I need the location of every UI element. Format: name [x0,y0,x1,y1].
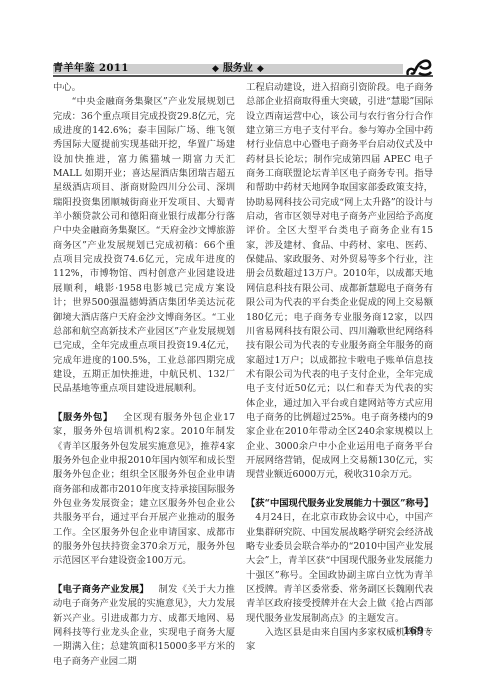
right-column: 工程启动建设，进入招商引资阶段。电子商务总部企业招商取得重大突破，引进“慧聪”国… [246,81,433,655]
diamond-icon: ◆ [212,64,219,74]
section-heading: 【电子商务产业发展】 [53,584,149,595]
section-heading: 【获“中国现代服务业发展能力十强区”称号】 [246,498,433,509]
section-body: 全区现有服务外包企业17家，服务外包培训机构2家。2010年制发《青羊区服务外包… [53,412,235,566]
section-award: 【获“中国现代服务业发展能力十强区”称号】 [246,497,433,511]
section-body: 制发《关于大力推动电子商务产业发展的实施意见》，大力发展新兴产业。引进成都力方、… [53,584,235,667]
decorative-swirl-logo-icon [405,56,433,78]
running-header: 青羊年鉴 2011 ◆服务业◆ [53,62,433,78]
section-ecommerce: 【电子商务产业发展】 制发《关于大力推动电子商务产业发展的实施意见》，大力发展新… [53,583,235,669]
paragraph: “中央金融商务集聚区”产业发展规划已完成：36个重点项目完成投资29.8亿元，完… [53,95,235,396]
page-number: · 169 · [396,626,431,637]
section-body: 4月24日，在北京市政协会议中心，中国产业集群研究院、中国发展战略学研究会经济战… [246,511,433,626]
book-title: 青羊年鉴 2011 [53,62,129,76]
paragraph: 中心。 [53,81,235,95]
left-column: 中心。 “中央金融商务集聚区”产业发展规划已完成：36个重点项目完成投资29.8… [53,81,235,669]
section-heading: 【服务外包】 [53,412,113,423]
section-services-outsourcing: 【服务外包】 全区现有服务外包企业17家，服务外包培训机构2家。2010年制发《… [53,411,235,569]
section-label: 服务业 [223,63,253,74]
paragraph: 工程启动建设，进入招商引资阶段。电子商务总部企业招商取得重大突破，引进“慧聪”国… [246,81,433,483]
diamond-icon: ◆ [257,64,264,74]
section-title: ◆服务业◆ [208,62,268,76]
